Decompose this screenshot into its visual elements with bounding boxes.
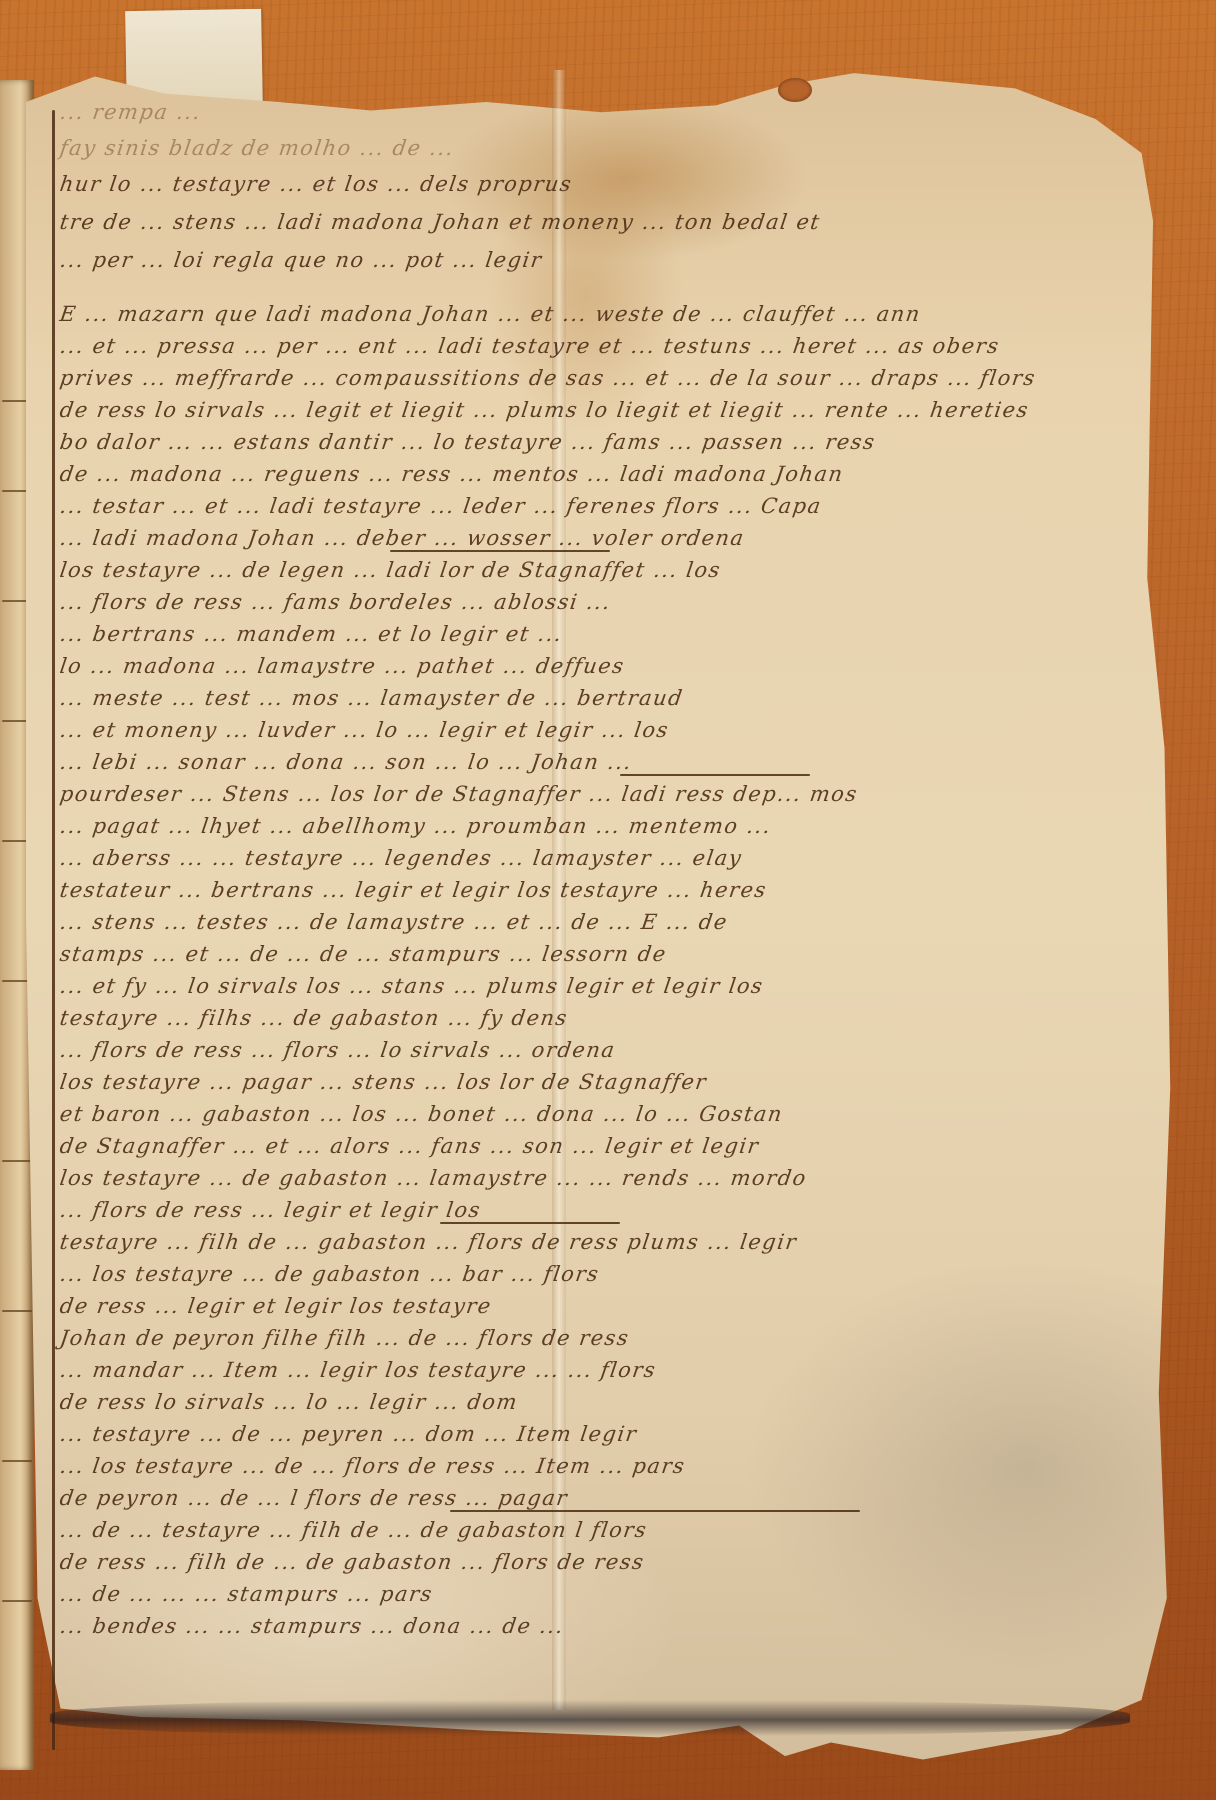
body-line: E ... mazarn que ladi madona Johan ... e… bbox=[58, 302, 922, 326]
body-line: pourdeser ... Stens ... los lor de Stagn… bbox=[58, 782, 859, 806]
body-line: testayre ... filh de ... gabaston ... fl… bbox=[58, 1230, 798, 1254]
body-line: de peyron ... de ... l flors de ress ...… bbox=[58, 1486, 569, 1510]
body-line: ... ladi madona Johan ... deber ... woss… bbox=[58, 526, 746, 550]
body-line: ... mandar ... Item ... legir los testay… bbox=[58, 1358, 658, 1382]
body-line: ... de ... ... ... stampurs ... pars bbox=[58, 1582, 434, 1606]
body-line: los testayre ... de gabaston ... lamayst… bbox=[58, 1166, 808, 1190]
body-line: ... aberss ... ... testayre ... legendes… bbox=[58, 846, 744, 870]
body-line: stamps ... et ... de ... de ... stampurs… bbox=[58, 942, 668, 966]
body-line: ... lebi ... sonar ... dona ... son ... … bbox=[58, 750, 634, 774]
underline-mark bbox=[620, 774, 810, 776]
body-line: ... testayre ... de ... peyren ... dom .… bbox=[58, 1422, 639, 1446]
body-line: ... et ... pressa ... per ... ent ... la… bbox=[58, 334, 1001, 358]
body-line: ... meste ... test ... mos ... lamayster… bbox=[58, 686, 685, 710]
body-line: ... et fy ... lo sirvals los ... stans .… bbox=[58, 974, 765, 998]
body-line: ... de ... testayre ... filh de ... de g… bbox=[58, 1518, 649, 1542]
ink-fragment bbox=[2, 1460, 32, 1462]
underline-mark bbox=[440, 1222, 620, 1224]
ink-fragment bbox=[2, 1600, 32, 1602]
body-line: de ress lo sirvals ... lo ... legir ... … bbox=[58, 1390, 519, 1414]
ink-fragment bbox=[2, 1310, 32, 1312]
body-line: ... flors de ress ... flors ... lo sirva… bbox=[58, 1038, 617, 1062]
header-line: ... rempa ... bbox=[58, 100, 203, 124]
body-line: ... flors de ress ... fams bordeles ... … bbox=[58, 590, 612, 614]
body-line: ... testar ... et ... ladi testayre ... … bbox=[58, 494, 823, 518]
body-line: testateur ... bertrans ... legir et legi… bbox=[58, 878, 768, 902]
header-line: tre de ... stens ... ladi madona Johan e… bbox=[58, 210, 822, 234]
body-line: ... los testayre ... de ... flors de res… bbox=[58, 1454, 687, 1478]
left-margin-edge bbox=[52, 110, 55, 1750]
burnt-bottom-edge bbox=[50, 1700, 1130, 1736]
body-line: bo dalor ... ... estans dantir ... lo te… bbox=[58, 430, 877, 454]
parchment-hole bbox=[778, 78, 812, 102]
header-line: fay sinis bladz de molho ... de ... bbox=[58, 136, 456, 160]
ink-fragment bbox=[2, 1160, 32, 1162]
header-line: ... per ... loi regla que no ... pot ...… bbox=[58, 248, 544, 272]
body-line: de Stagnaffer ... et ... alors ... fans … bbox=[58, 1134, 761, 1158]
body-line: prives ... meffrarde ... compaussitions … bbox=[58, 366, 1037, 390]
body-line: ... flors de ress ... legir et legir los bbox=[58, 1198, 482, 1222]
body-line: ... pagat ... lhyet ... abellhomy ... pr… bbox=[58, 814, 773, 838]
body-line: ... stens ... testes ... de lamaystre ..… bbox=[58, 910, 729, 934]
body-line: los testayre ... pagar ... stens ... los… bbox=[58, 1070, 708, 1094]
underline-mark bbox=[390, 550, 610, 552]
body-line: et baron ... gabaston ... los ... bonet … bbox=[58, 1102, 784, 1126]
body-line: ... bertrans ... mandem ... et lo legir … bbox=[58, 622, 564, 646]
body-line: de ... madona ... reguens ... ress ... m… bbox=[58, 462, 845, 486]
body-line: ... et moneny ... luvder ... lo ... legi… bbox=[58, 718, 670, 742]
header-line: hur lo ... testayre ... et los ... dels … bbox=[58, 172, 574, 196]
body-line: de ress ... filh de ... de gabaston ... … bbox=[58, 1550, 646, 1574]
body-line: de ress ... legir et legir los testayre bbox=[58, 1294, 493, 1318]
body-line: testayre ... filhs ... de gabaston ... f… bbox=[58, 1006, 569, 1030]
body-line: ... los testayre ... de gabaston ... bar… bbox=[58, 1262, 601, 1286]
body-line: los testayre ... de legen ... ladi lor d… bbox=[58, 558, 722, 582]
body-line: Johan de peyron filhe filh ... de ... fl… bbox=[58, 1326, 631, 1350]
body-line: ... bendes ... ... stampurs ... dona ...… bbox=[58, 1614, 566, 1638]
body-line: de ress lo sirvals ... legit et liegit .… bbox=[58, 398, 1030, 422]
underline-mark bbox=[450, 1510, 860, 1512]
body-line: lo ... madona ... lamaystre ... pathet .… bbox=[58, 654, 626, 678]
